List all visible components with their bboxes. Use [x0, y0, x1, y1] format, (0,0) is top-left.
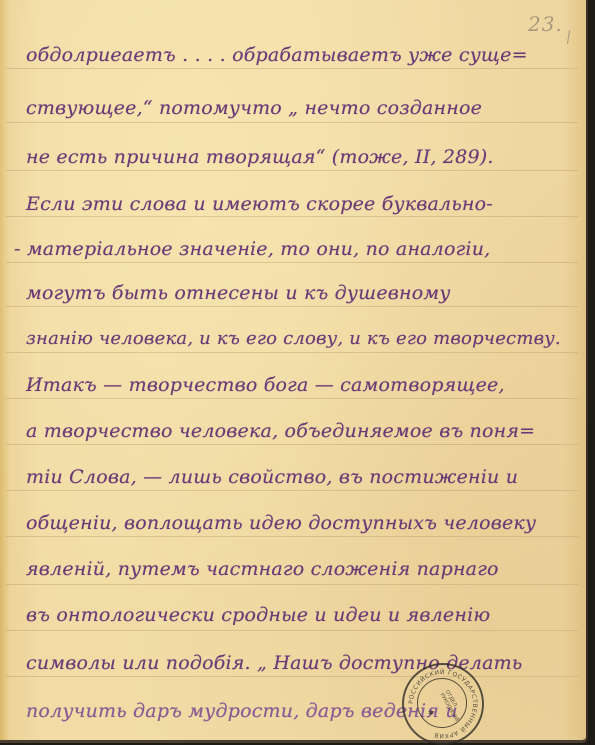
- ruled-line: [6, 536, 578, 537]
- ruled-line: [6, 676, 578, 677]
- ruled-line: [6, 262, 578, 263]
- manuscript-page: 23. обдолриеаетъ . . . . обрабатываетъ у…: [0, 0, 588, 743]
- manuscript-line: явленій, путемъ частнаго сложенія парнаг…: [26, 558, 499, 580]
- ruled-line: [6, 122, 578, 123]
- ruled-line: [6, 444, 578, 445]
- manuscript-line: ствующее,“ потомучто „ нечто созданное: [26, 97, 482, 119]
- manuscript-line: а творчество человека, объединяемое въ п…: [26, 420, 535, 442]
- manuscript-line: могутъ быть отнесены и къ душевному: [26, 282, 451, 304]
- manuscript-line: не есть причина творящая“ (тоже, II, 289…: [26, 146, 494, 168]
- star-icon: ✱: [428, 709, 434, 717]
- ruled-line: [6, 398, 578, 399]
- manuscript-line: - матеріальное значеніе, то они, по анал…: [14, 238, 490, 260]
- archive-stamp: РОССИЙСКИЙ ГОСУДАРСТВЕННЫЙ АРХИВ ОТДЕЛ Р…: [402, 663, 484, 745]
- folio-number: 23.: [528, 12, 563, 36]
- manuscript-line: Итакъ — творчество бога — самотворящее,: [26, 374, 505, 396]
- folio-mark: [567, 30, 570, 44]
- manuscript-line: обдолриеаетъ . . . . обрабатываетъ уже с…: [26, 44, 528, 66]
- ruled-line: [6, 584, 578, 585]
- ruled-line: [6, 352, 578, 353]
- manuscript-line: Если эти слова и имеютъ скорее буквально…: [26, 193, 493, 215]
- manuscript-line: тіи Слова, — лишь свойство, въ постижені…: [26, 466, 518, 488]
- ruled-line: [6, 170, 578, 171]
- manuscript-line: получить даръ мудрости, даръ веденія и: [26, 700, 458, 722]
- ruled-line: [6, 490, 578, 491]
- ruled-line: [6, 216, 578, 217]
- manuscript-line: общеніи, воплощать идею доступныхъ челов…: [26, 512, 536, 534]
- ruled-line: [6, 68, 578, 69]
- ruled-line: [6, 306, 578, 307]
- manuscript-line: въ онтологически сродные и идеи и явлені…: [26, 604, 490, 626]
- ruled-line: [6, 630, 578, 631]
- stamp-inner-ring: ОТДЕЛ РУКОПИСЕЙ ✱: [417, 678, 467, 728]
- manuscript-line: знанію человека, и къ его слову, и къ ег…: [26, 328, 561, 349]
